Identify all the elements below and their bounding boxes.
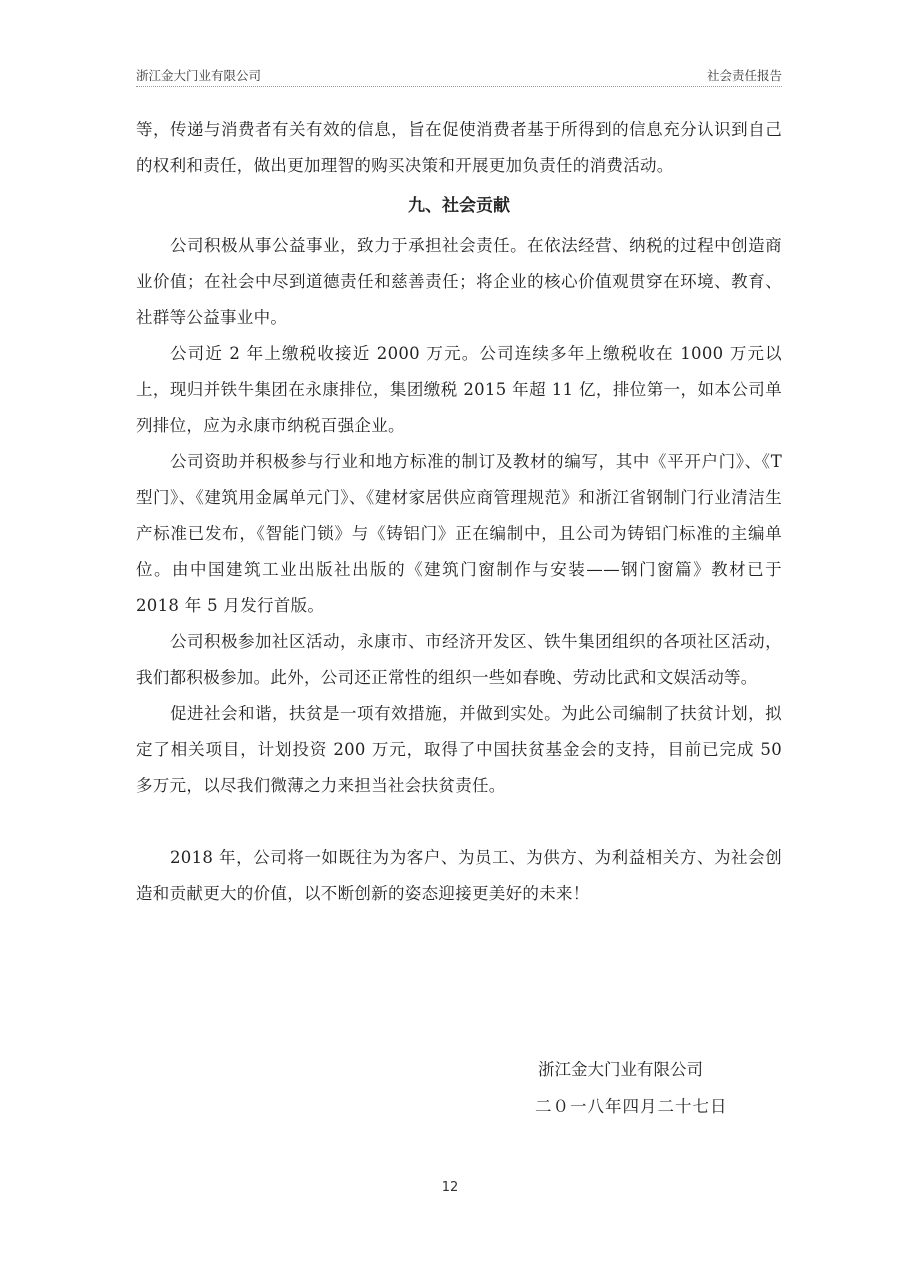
page-number: 12 (0, 1180, 900, 1195)
paragraph-public-welfare: 公司积极从事公益事业，致力于承担社会责任。在依法经营、纳税的过程中创造商业价值；… (136, 228, 782, 336)
header-divider (136, 86, 782, 87)
paragraph-gap (136, 804, 782, 840)
paragraph-community: 公司积极参加社区活动，永康市、市经济开发区、铁牛集团组织的各项社区活动，我们都积… (136, 624, 782, 696)
paragraph-poverty-relief: 促进社会和谐，扶贫是一项有效措施，并做到实处。为此公司编制了扶贫计划，拟定了相关… (136, 696, 782, 804)
page-header: 浙江金大门业有限公司 社会责任报告 (136, 66, 782, 86)
paragraph-standards: 公司资助并积极参与行业和地方标准的制订及教材的编写，其中《平开户门》、《T 型门… (136, 444, 782, 624)
signature-company: 浙江金大门业有限公司 (538, 1060, 703, 1080)
closing-paragraph: 2018 年，公司将一如既往为为客户、为员工、为供方、为利益相关方、为社会创造和… (136, 840, 782, 912)
header-company-name: 浙江金大门业有限公司 (136, 66, 261, 84)
section-title: 九、社会贡献 (136, 188, 782, 224)
header-report-title: 社会责任报告 (707, 66, 782, 84)
continuation-paragraph: 等，传递与消费者有关有效的信息，旨在促使消费者基于所得到的信息充分认识到自己的权… (136, 112, 782, 184)
paragraph-tax: 公司近 2 年上缴税收接近 2000 万元。公司连续多年上缴税收在 1000 万… (136, 336, 782, 444)
signature-date: 二０一八年四月二十七日 (535, 1097, 728, 1117)
document-body: 等，传递与消费者有关有效的信息，旨在促使消费者基于所得到的信息充分认识到自己的权… (136, 112, 782, 912)
